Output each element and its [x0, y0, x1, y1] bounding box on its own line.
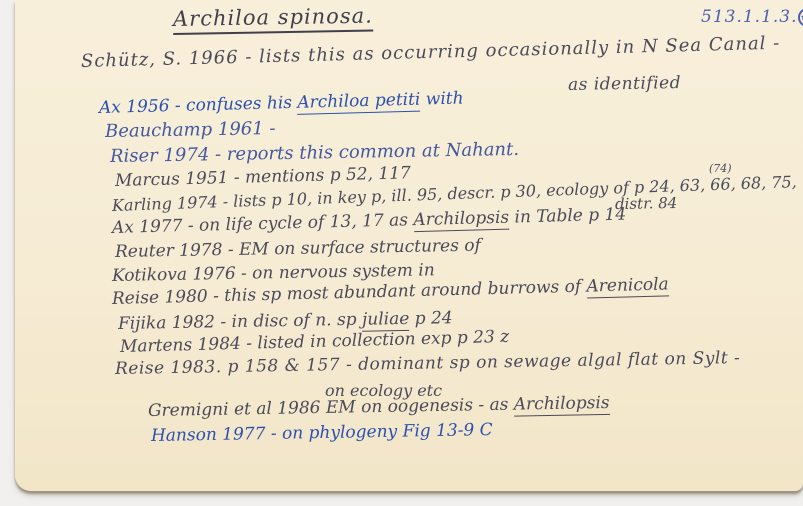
text-segment: Fijika 1982 - in disc of n. sp	[118, 310, 362, 334]
ref-gremigni-1986: Gremigni et al 1986 EM on oogenesis - as…	[148, 394, 610, 421]
text-segment: Reuter 1978 - EM on surface structures o…	[115, 236, 481, 262]
karling-superscript: (74)	[709, 163, 732, 175]
ref-riser-1974: Riser 1974 - reports this common at Naha…	[110, 140, 519, 167]
text-segment: (74)	[709, 162, 732, 175]
ref-ax-1956: Ax 1956 - confuses his Archiloa petiti w…	[99, 89, 464, 117]
card-title: Archiloa spinosa.	[173, 5, 373, 32]
text-segment: with	[420, 88, 464, 109]
text-segment: Ax 1956 - confuses his	[99, 93, 298, 118]
text-segment: as identified	[568, 73, 681, 95]
catalog-number: 513.1.1.3.01	[701, 8, 803, 27]
ref-beauchamp-1961: Beauchamp 1961 -	[105, 119, 276, 142]
underlined-text: juliae	[362, 309, 410, 332]
catalog-number-scribble: 0	[798, 8, 803, 27]
underlined-text: Archiloa petiti	[297, 90, 421, 115]
catalog-number-prefix: 513.1.1.3.	[701, 7, 798, 27]
text-segment: p 24	[409, 308, 453, 329]
text-segment: in Table p 14	[509, 205, 627, 228]
text-segment: Schütz, S. 1966 - lists this as occurrin…	[81, 33, 781, 72]
scan-background: Archiloa spinosa. 513.1.1.3.01 Schütz, S…	[0, 0, 803, 506]
text-segment: Riser 1974 - reports this common at Naha…	[110, 139, 519, 167]
ref-hanson-1977: Hanson 1977 - on phylogeny Fig 13-9 C	[151, 421, 493, 446]
underlined-text: Arenicola	[586, 274, 669, 298]
underlined-text: Archilopsis	[413, 208, 509, 232]
text-segment: Hanson 1977 - on phylogeny Fig 13-9 C	[151, 420, 493, 446]
index-card: Archiloa spinosa. 513.1.1.3.01 Schütz, S…	[15, 0, 803, 491]
species-name: Archiloa spinosa.	[173, 4, 373, 35]
text-segment: Ax 1977 - on life cycle of 13, 17 as	[112, 210, 414, 238]
text-segment: Beauchamp 1961 -	[105, 118, 276, 142]
underlined-text: Archilopsis	[514, 393, 610, 417]
text-segment: Gremigni et al 1986 EM on oogenesis - as	[148, 395, 514, 421]
ref-schutz-1966-cont: as identified	[568, 74, 681, 95]
ref-reuter-1978: Reuter 1978 - EM on surface structures o…	[115, 237, 481, 262]
ref-schutz-1966: Schütz, S. 1966 - lists this as occurrin…	[81, 34, 781, 72]
